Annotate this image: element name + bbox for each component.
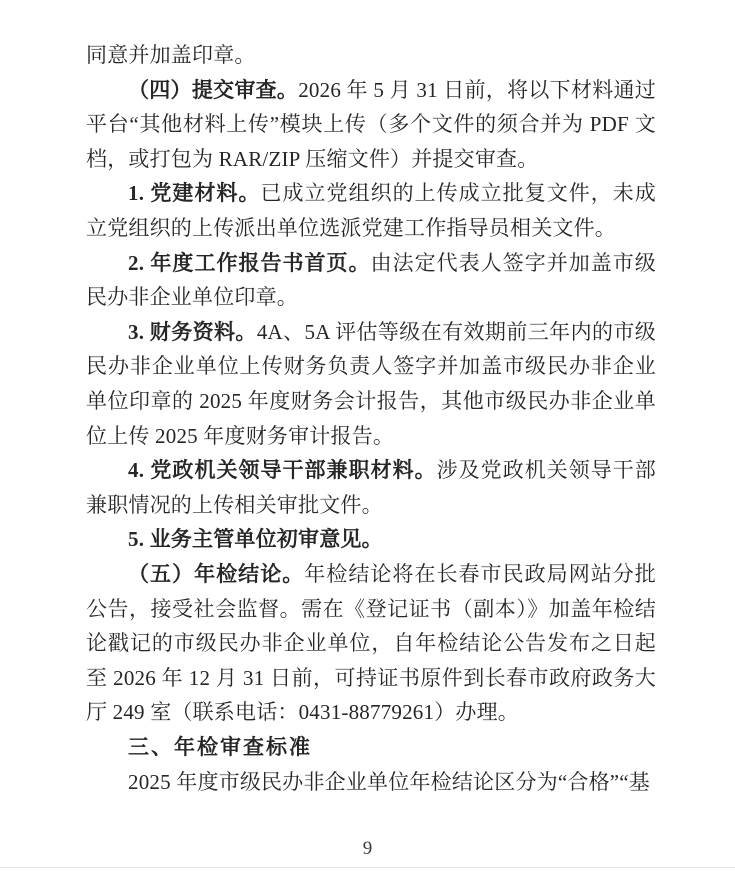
- paragraph-lead: 3. 财务资料。: [128, 320, 257, 344]
- paragraph: （五）年检结论。年检结论将在长春市民政局网站分批公告，接受社会监督。需在《登记证…: [86, 557, 656, 730]
- paragraph-lead: 4. 党政机关领导干部兼职材料。: [128, 458, 437, 482]
- section-heading: 三、年检审查标准: [86, 730, 656, 766]
- paragraph: （四）提交审查。2026 年 5 月 31 日前，将以下材料通过平台“其他材料上…: [86, 73, 656, 177]
- paragraph-lead: 三、年检审查标准: [128, 736, 312, 759]
- paragraph: 4. 党政机关领导干部兼职材料。涉及党政机关领导干部兼职情况的上传相关审批文件。: [86, 453, 656, 522]
- paragraph-lead: 5. 业务主管单位初审意见。: [128, 527, 383, 551]
- paragraph: 1. 党建材料。已成立党组织的上传成立批复文件，未成立党组织的上传派出单位选派党…: [86, 176, 656, 245]
- paragraph: 5. 业务主管单位初审意见。: [86, 522, 656, 557]
- paragraph-text: 年检结论将在长春市民政局网站分批公告，接受社会监督。需在《登记证书（副本）》加盖…: [86, 562, 656, 724]
- document-body: 同意并加盖印章。（四）提交审查。2026 年 5 月 31 日前，将以下材料通过…: [86, 38, 656, 800]
- paragraph: 3. 财务资料。4A、5A 评估等级在有效期前三年内的市级民办非企业单位上传财务…: [86, 315, 656, 453]
- paragraph-lead: （五）年检结论。: [128, 562, 304, 586]
- scan-edge-line: [0, 867, 735, 868]
- paragraph-text: 同意并加盖印章。: [86, 43, 256, 67]
- page-footer: 9: [0, 838, 735, 860]
- document-page: 同意并加盖印章。（四）提交审查。2026 年 5 月 31 日前，将以下材料通过…: [0, 0, 735, 871]
- paragraph-lead: （四）提交审查。: [128, 78, 298, 102]
- paragraph-text: 2025 年度市级民办非企业单位年检结论区分为“合格”“基: [128, 770, 650, 794]
- paragraph-lead: 2. 年度工作报告书首页。: [128, 251, 371, 275]
- paragraph: 同意并加盖印章。: [86, 38, 656, 73]
- page-number: 9: [363, 838, 373, 859]
- paragraph: 2025 年度市级民办非企业单位年检结论区分为“合格”“基: [86, 765, 656, 800]
- paragraph-lead: 1. 党建材料。: [128, 181, 261, 205]
- paragraph: 2. 年度工作报告书首页。由法定代表人签字并加盖市级民办非企业单位印章。: [86, 246, 656, 315]
